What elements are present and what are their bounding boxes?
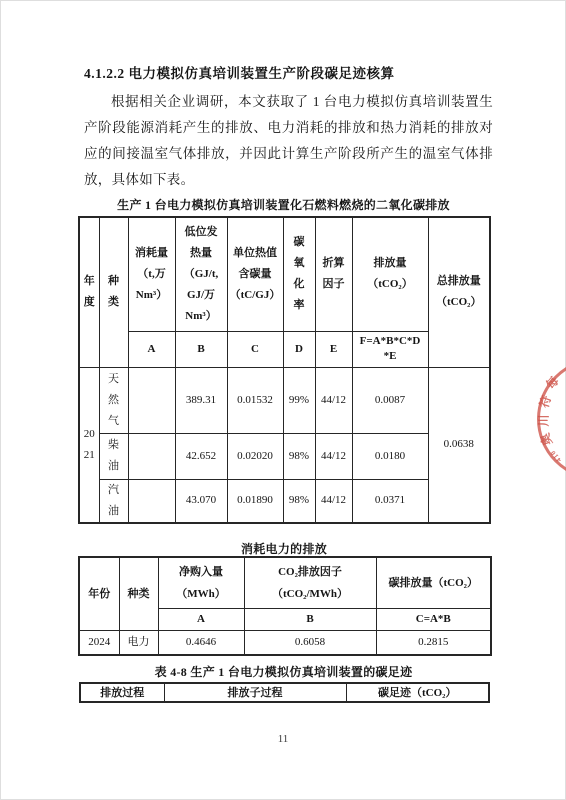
header-conversion-factor: 折算 因子 <box>315 217 352 331</box>
value-cell-d: 98% <box>283 433 315 479</box>
year-cell: 20 21 <box>79 367 99 523</box>
year-cell: 2024 <box>79 630 119 655</box>
value-cell-a <box>128 433 175 479</box>
fuel-type-cell: 天 然 气 <box>99 367 128 433</box>
value-cell-b: 389.31 <box>175 367 227 433</box>
header-emission: 排放量 （tCO₂） <box>352 217 428 331</box>
value-cell-a <box>128 479 175 523</box>
section-heading: 4.1.2.2 电力模拟仿真培训装置生产阶段碳足迹核算 <box>84 62 544 82</box>
value-cell-a: 0.4646 <box>158 630 244 655</box>
value-cell-e: 44/12 <box>315 479 352 523</box>
fuel-type-cell: 柴 油 <box>99 433 128 479</box>
header-ncv: 低位发 热量 （GJ/t, GJ/万 Nm³） <box>175 217 227 331</box>
page-number: 11 <box>0 733 566 745</box>
value-cell-f: 0.0180 <box>352 433 428 479</box>
value-cell-a <box>128 367 175 433</box>
header-sub-f: F=A*B*C*D *E <box>352 331 428 367</box>
table3-header-row: 排放过程 排放子过程 碳足迹（tCO₂） <box>80 683 489 702</box>
header-sub-b: B <box>175 331 227 367</box>
value-cell-d: 98% <box>283 479 315 523</box>
header-year: 年份 <box>79 557 119 630</box>
header-sub-c: C <box>227 331 283 367</box>
header-co2-factor: CO₂排放因子 （tCO₂/MWh） <box>244 557 376 608</box>
value-cell-c: 0.2815 <box>376 630 491 655</box>
header-sub-a: A <box>158 608 244 630</box>
header-sub-b: B <box>244 608 376 630</box>
table2-title: 消耗电力的排放 <box>78 540 490 557</box>
fuel-type-cell: 汽 油 <box>99 479 128 523</box>
header-emission-subprocess: 排放子过程 <box>164 683 346 702</box>
header-sub-d: D <box>283 331 315 367</box>
header-carbon-emission: 碳排放量（tCO₂） <box>376 557 491 608</box>
table1-title: 生产 1 台电力模拟仿真培训装置化石燃料燃烧的二氧化碳排放 <box>78 196 489 213</box>
header-fuel-type: 种 类 <box>99 217 128 367</box>
header-carbon-content: 单位热值 含碳量 （tC/GJ） <box>227 217 283 331</box>
document-page: { "page": { "heading": "4.1.2.2 电力模拟仿真培训… <box>0 0 566 800</box>
value-cell-b: 42.652 <box>175 433 227 479</box>
type-cell: 电力 <box>119 630 158 655</box>
table1-header-row-1: 年 度 种 类 消耗量 （t,万 Nm³） 低位发 热量 （GJ/t, GJ/万… <box>79 217 490 331</box>
carbon-footprint-table: 排放过程 排放子过程 碳足迹（tCO₂） <box>79 682 490 703</box>
header-emission-process: 排放过程 <box>80 683 164 702</box>
fossil-fuel-emission-table: 年 度 种 类 消耗量 （t,万 Nm³） 低位发 热量 （GJ/t, GJ/万… <box>78 216 491 524</box>
stamp-char: 川 <box>535 414 552 426</box>
total-emission-cell: 0.0638 <box>428 367 490 523</box>
header-sub-c: C=A*B <box>376 608 491 630</box>
value-cell-c: 0.01532 <box>227 367 283 433</box>
table1-row-natural-gas: 20 21 天 然 气 389.31 0.01532 99% 44/12 0.0… <box>79 367 490 433</box>
header-type: 种类 <box>119 557 158 630</box>
value-cell-e: 44/12 <box>315 367 352 433</box>
table2-row-electricity: 2024 电力 0.4646 0.6058 0.2815 <box>79 630 491 655</box>
header-consumption: 消耗量 （t,万 Nm³） <box>128 217 175 331</box>
body-paragraph: 根据相关企业调研，本文获取了 1 台电力模拟仿真培训装置生产阶段能源消耗产生的排… <box>84 89 493 193</box>
header-year: 年 度 <box>79 217 99 367</box>
value-cell-f: 0.0371 <box>352 479 428 523</box>
electricity-emission-table: 年份 种类 净购入量 （MWh） CO₂排放因子 （tCO₂/MWh） 碳排放量… <box>78 556 492 656</box>
header-oxidation-rate: 碳 氧 化 率 <box>283 217 315 331</box>
header-sub-e: E <box>315 331 352 367</box>
value-cell-c: 0.02020 <box>227 433 283 479</box>
value-cell-f: 0.0087 <box>352 367 428 433</box>
header-carbon-footprint: 碳足迹（tCO₂） <box>346 683 489 702</box>
table3-title: 表 4-8 生产 1 台电力模拟仿真培训装置的碳足迹 <box>79 663 488 680</box>
value-cell-d: 99% <box>283 367 315 433</box>
table2-header-row-1: 年份 种类 净购入量 （MWh） CO₂排放因子 （tCO₂/MWh） 碳排放量… <box>79 557 491 608</box>
value-cell-b: 0.6058 <box>244 630 376 655</box>
header-sub-a: A <box>128 331 175 367</box>
value-cell-b: 43.070 <box>175 479 227 523</box>
header-total-emission: 总排放量 （tCO₂） <box>428 217 490 367</box>
value-cell-c: 0.01890 <box>227 479 283 523</box>
header-net-purchase: 净购入量 （MWh） <box>158 557 244 608</box>
value-cell-e: 44/12 <box>315 433 352 479</box>
